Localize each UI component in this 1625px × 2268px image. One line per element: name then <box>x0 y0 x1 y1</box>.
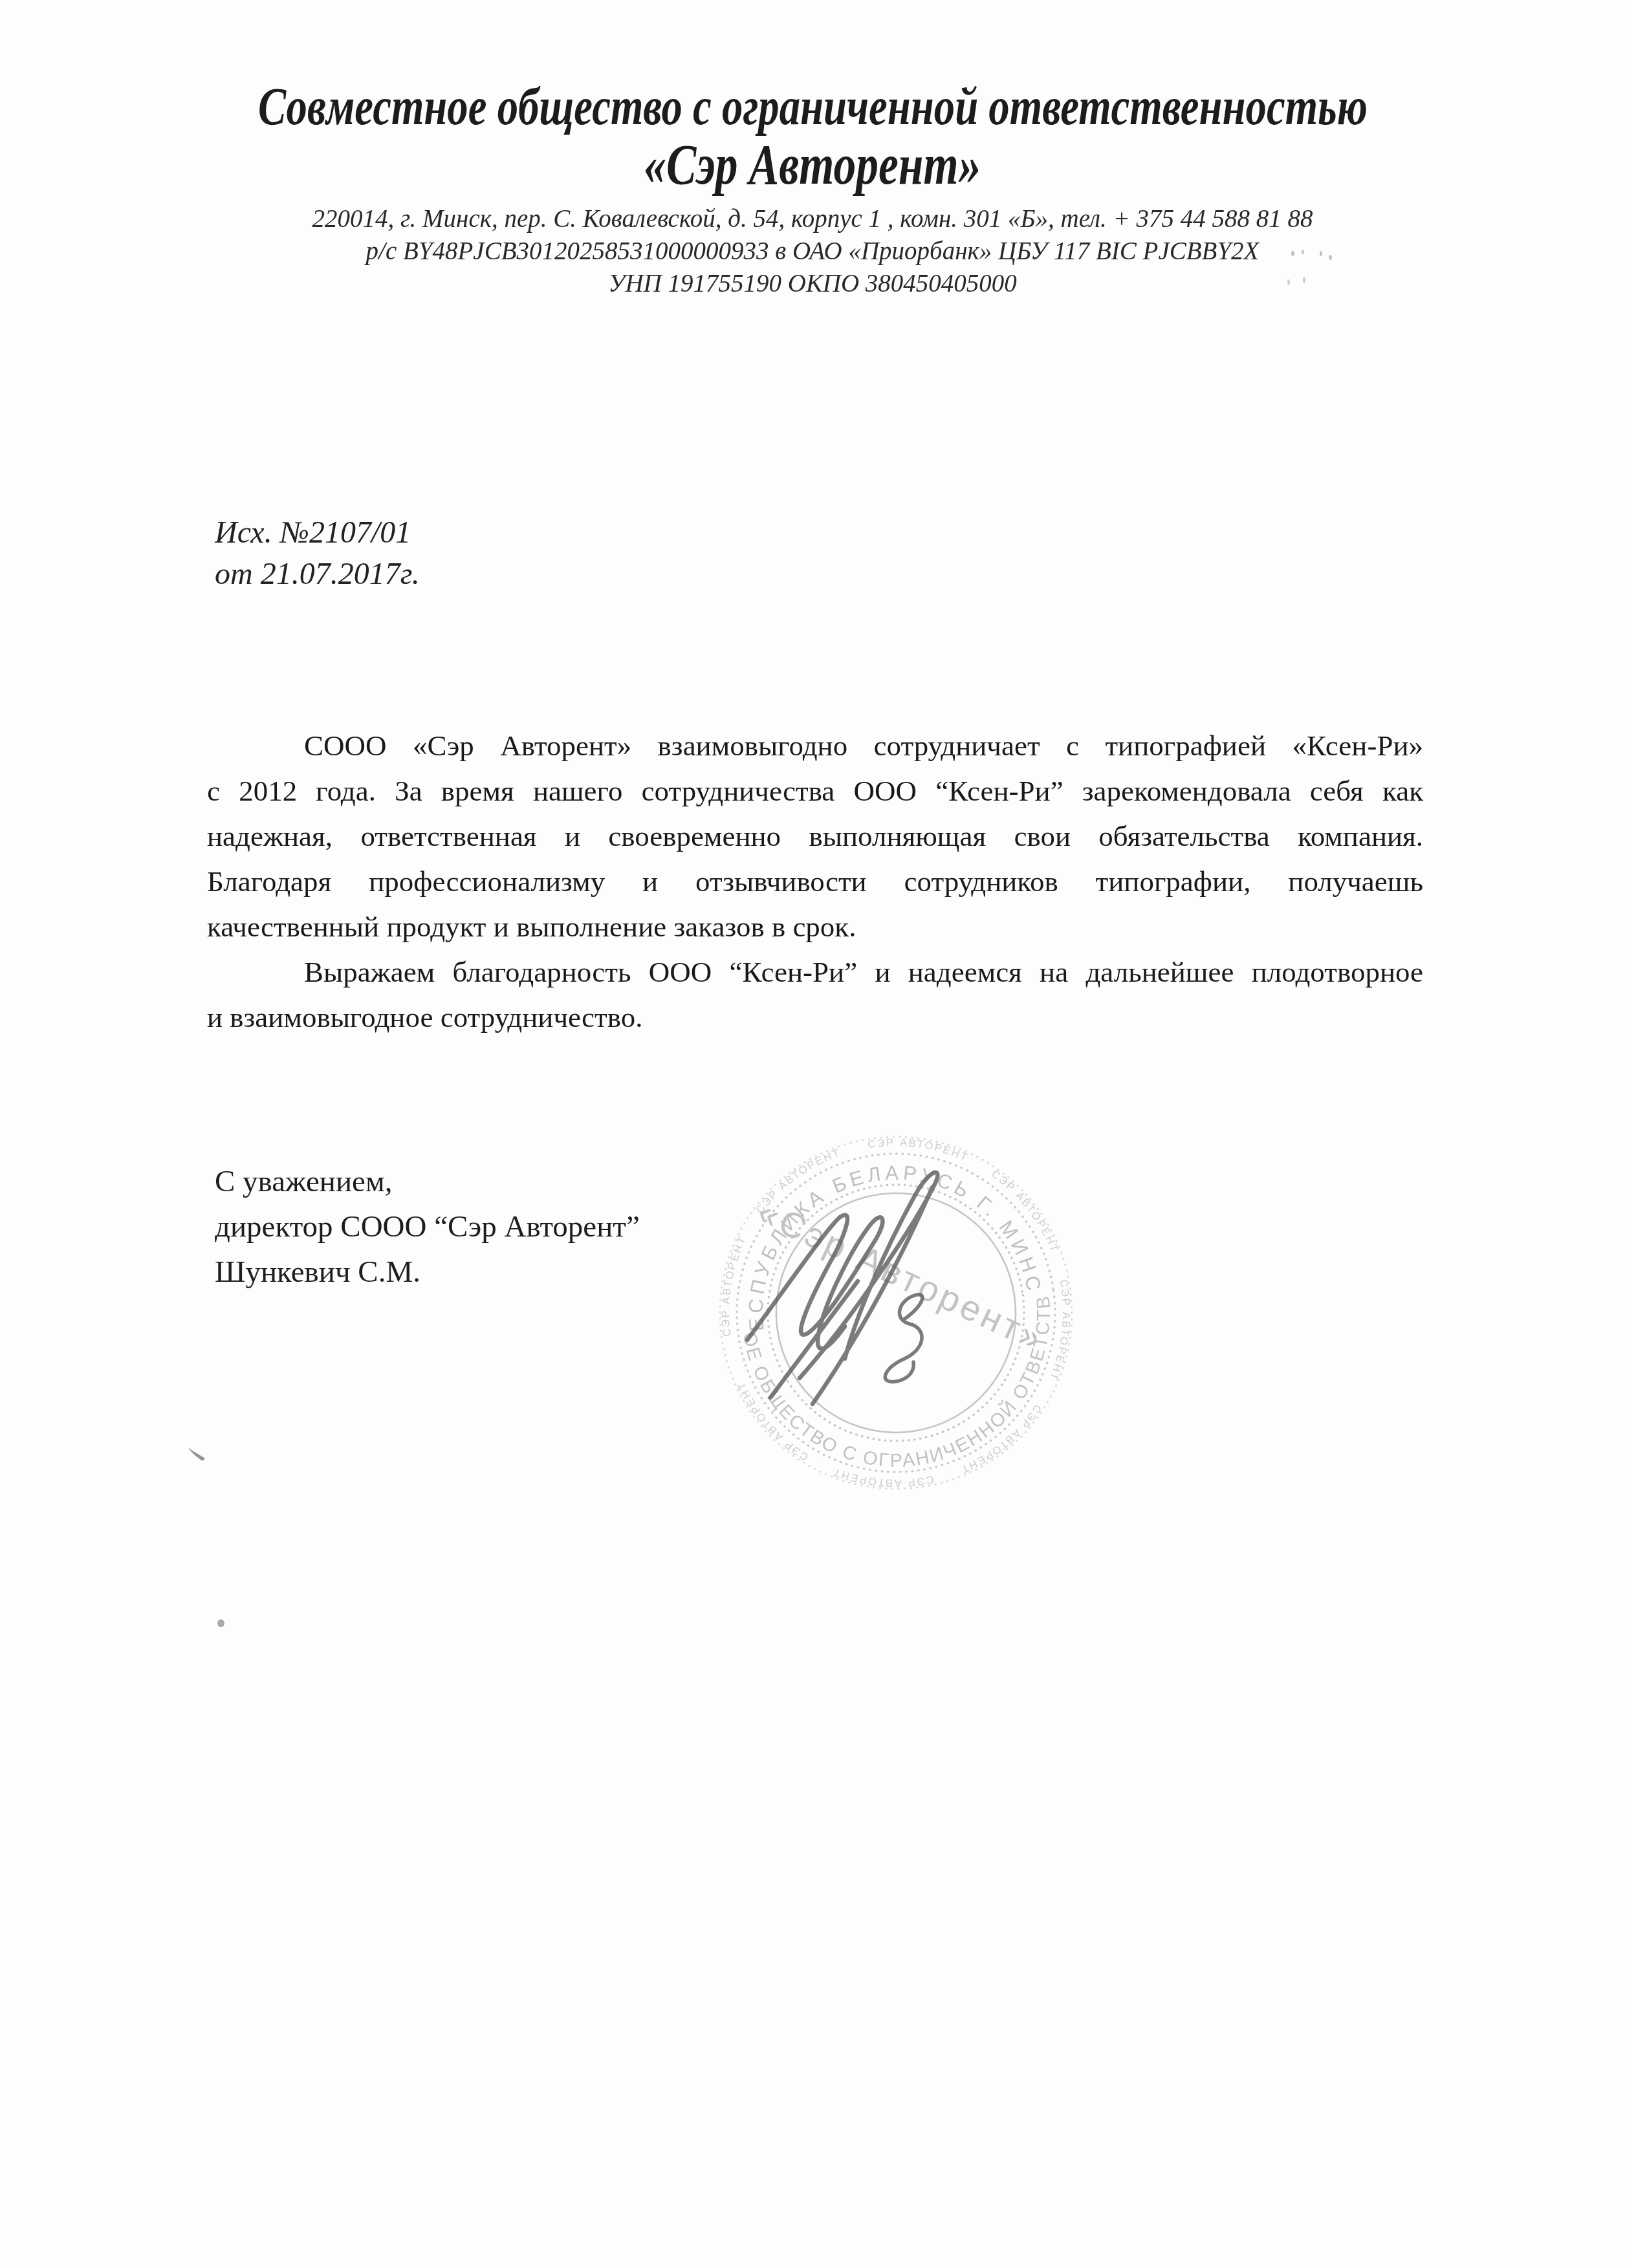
scan-speck <box>1291 251 1294 256</box>
scan-speck <box>1287 279 1290 285</box>
company-seal: РЕСПУБЛИКА БЕЛАРУСЬ Г. МИНСК СОВМЕСТНОЕ … <box>708 1125 1084 1500</box>
scan-speck <box>1320 251 1322 256</box>
outgoing-number: Исх. №2107/01 <box>215 512 420 554</box>
signature-closing: С уважением, <box>215 1159 640 1204</box>
scan-artifact-stroke <box>188 1447 207 1466</box>
signature-position: директор СООО “Сэр Авторент” <box>215 1204 640 1249</box>
scan-speck <box>1302 250 1304 254</box>
org-type-title: Совместное общество с ограниченной ответ… <box>0 79 1625 135</box>
signature-name: Шункевич С.М. <box>215 1249 640 1295</box>
body-line: Благодаря профессионализму и отзывчивост… <box>207 859 1423 904</box>
body-line: качественный продукт и выполнение заказо… <box>207 904 1423 949</box>
letter-page: Совместное общество с ограниченной ответ… <box>0 0 1625 2268</box>
outgoing-date: от 21.07.2017г. <box>215 554 420 595</box>
scan-speck <box>1329 255 1332 260</box>
signature-block: С уважением, директор СООО “Сэр Авторент… <box>215 1159 640 1295</box>
org-name-title: «Сэр Авторент» <box>0 135 1625 197</box>
body-line: надежная, ответственная и своевременно в… <box>207 814 1423 859</box>
scan-speck <box>1303 277 1305 283</box>
scan-artifact-dot <box>217 1619 224 1627</box>
body-line: Выражаем благодарность ООО “Ксен-Ри” и н… <box>207 949 1423 995</box>
body-line: СООО «Сэр Авторент» взаимовыгодно сотруд… <box>207 723 1423 768</box>
outgoing-reference: Исх. №2107/01 от 21.07.2017г. <box>215 512 420 595</box>
letterhead-address: 220014, г. Минск, пер. С. Ковалевской, д… <box>0 203 1625 235</box>
org-type-title-text: Совместное общество с ограниченной ответ… <box>257 79 1367 135</box>
body-line: с 2012 года. За время нашего сотрудничес… <box>207 768 1423 814</box>
letterhead-bank-account: р/с BY48PJCB30120258531000000933 в ОАО «… <box>0 235 1625 268</box>
letterhead-registration-ids: УНП 191755190 ОКПО 380450405000 <box>0 268 1625 300</box>
letter-body: СООО «Сэр Авторент» взаимовыгодно сотруд… <box>207 723 1423 1040</box>
company-seal-svg: РЕСПУБЛИКА БЕЛАРУСЬ Г. МИНСК СОВМЕСТНОЕ … <box>708 1125 1084 1500</box>
body-line: и взаимовыгодное сотрудничество. <box>207 995 1423 1040</box>
letterhead: Совместное общество с ограниченной ответ… <box>0 79 1625 300</box>
org-name-title-text: «Сэр Авторент» <box>644 135 981 197</box>
